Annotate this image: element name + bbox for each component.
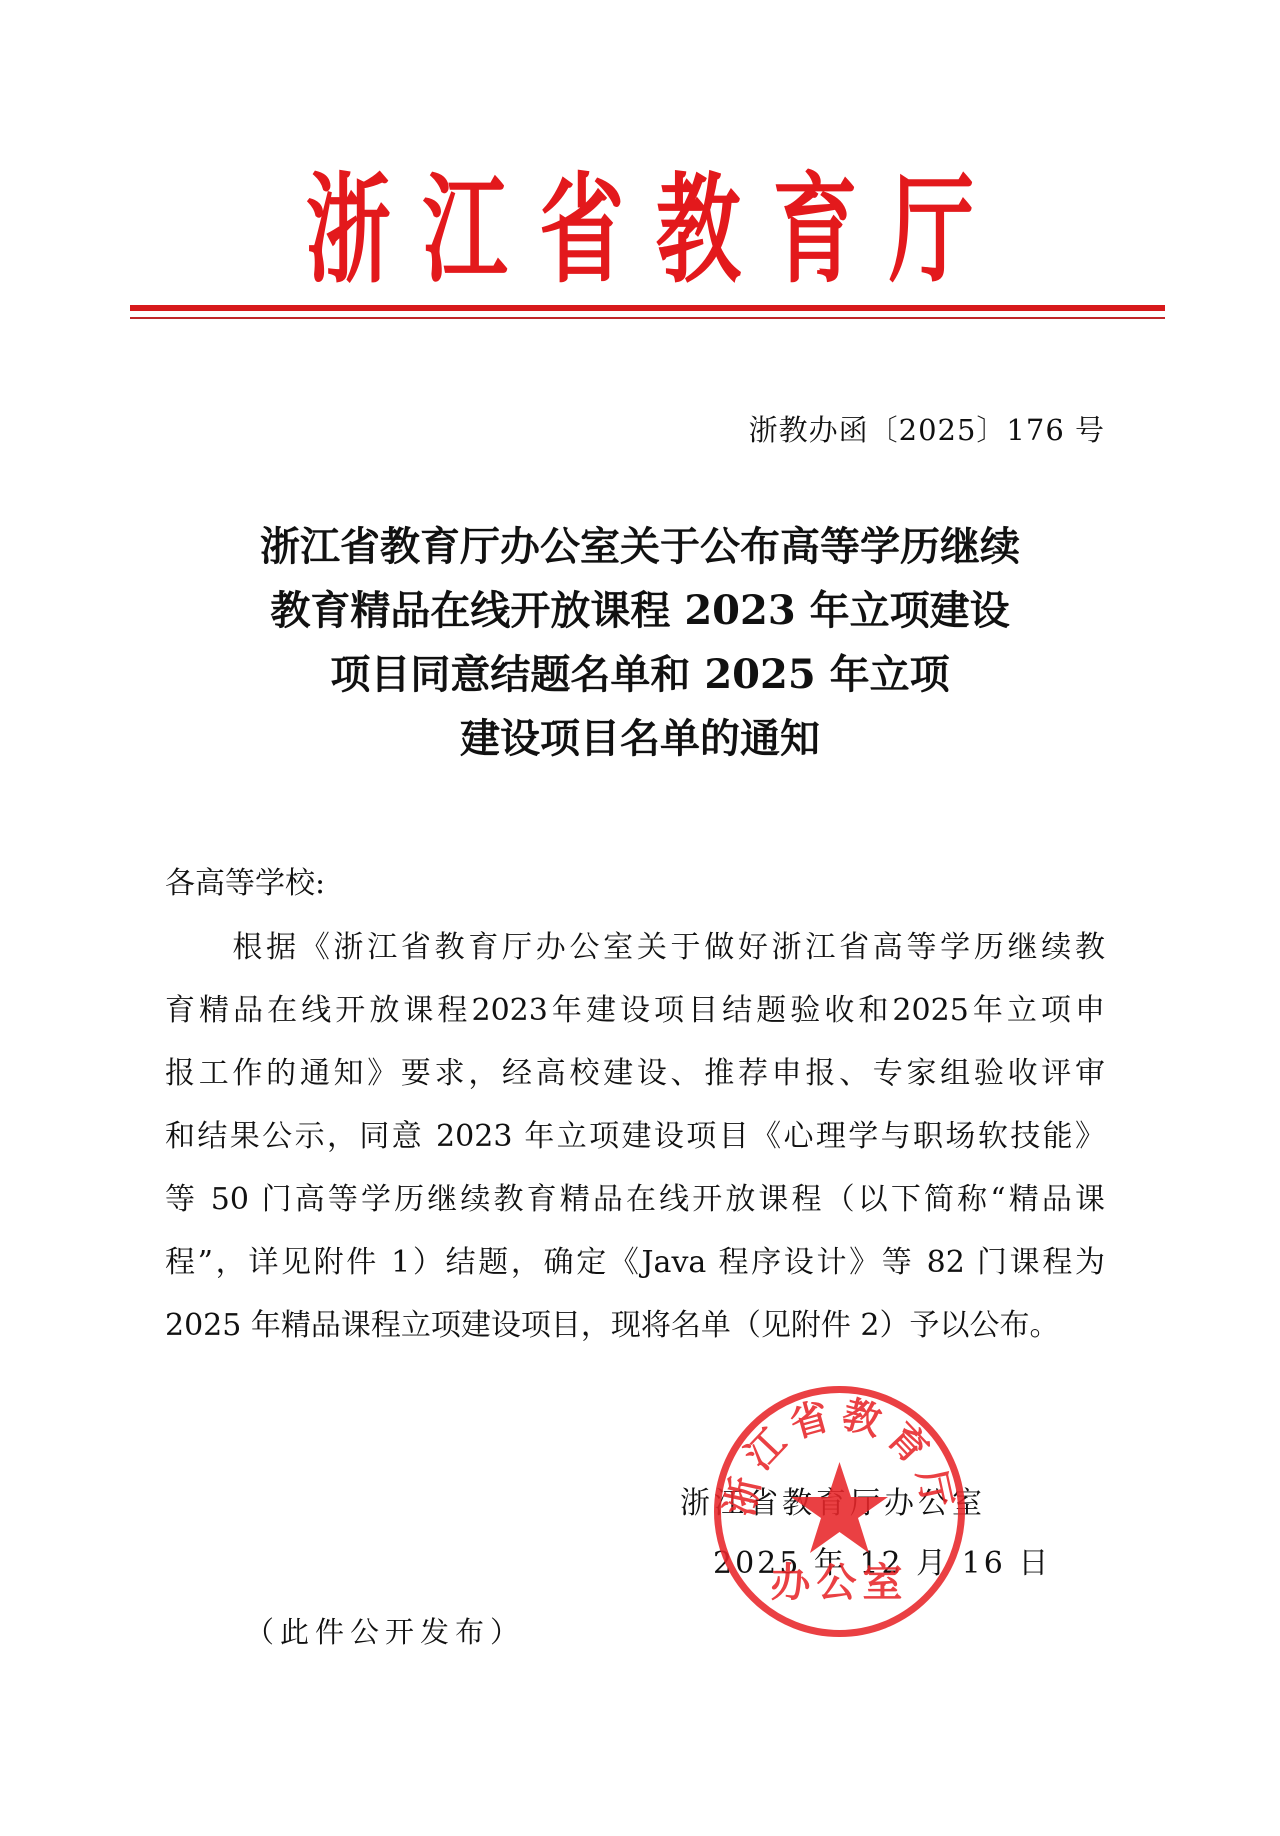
masthead-rule-thin — [130, 317, 1165, 319]
body-line: 报工作的通知》要求，经高校建设、推荐申报、专家组验收评审 — [165, 1042, 1105, 1105]
body-paragraph: 根据《浙江省教育厅办公室关于做好浙江省高等学历继续教 育精品在线开放课程2023… — [165, 916, 1105, 1357]
document-title: 浙江省教育厅办公室关于公布高等学历继续 教育精品在线开放课程 2023 年立项建… — [0, 515, 1280, 771]
body-line: 和结果公示，同意 2023 年立项建设项目《心理学与职场软技能》 — [165, 1105, 1105, 1168]
title-line: 浙江省教育厅办公室关于公布高等学历继续 — [0, 515, 1280, 579]
title-line: 建设项目名单的通知 — [0, 707, 1280, 771]
seal-bottom-text: 办公室 — [771, 1560, 909, 1606]
body-line: 等 50 门高等学历继续教育精品在线开放课程（以下简称“精品课 — [165, 1168, 1105, 1231]
publication-note: （此件公开发布） — [245, 1610, 525, 1651]
body-line: 根据《浙江省教育厅办公室关于做好浙江省高等学历继续教 — [165, 916, 1105, 979]
body-line: 2025 年精品课程立项建设项目，现将名单（见附件 2）予以公布。 — [165, 1294, 1105, 1357]
salutation: 各高等学校: — [165, 858, 325, 902]
body-line: 育精品在线开放课程2023年建设项目结题验收和2025年立项申 — [165, 979, 1105, 1042]
issuer-title: 浙江省教育厅 — [274, 160, 1006, 300]
masthead-rule-thick — [130, 305, 1165, 311]
masthead: 浙江省教育厅 — [0, 160, 1280, 300]
title-line: 教育精品在线开放课程 2023 年立项建设 — [0, 579, 1280, 643]
document-number: 浙教办函〔2025〕176 号 — [749, 408, 1105, 449]
body-line: 程”，详见附件 1）结题，确定《Java 程序设计》等 82 门课程为 — [165, 1231, 1105, 1294]
title-line: 项目同意结题名单和 2025 年立项 — [0, 643, 1280, 707]
official-seal-icon: 浙江省教育厅 办公室 — [712, 1384, 967, 1639]
